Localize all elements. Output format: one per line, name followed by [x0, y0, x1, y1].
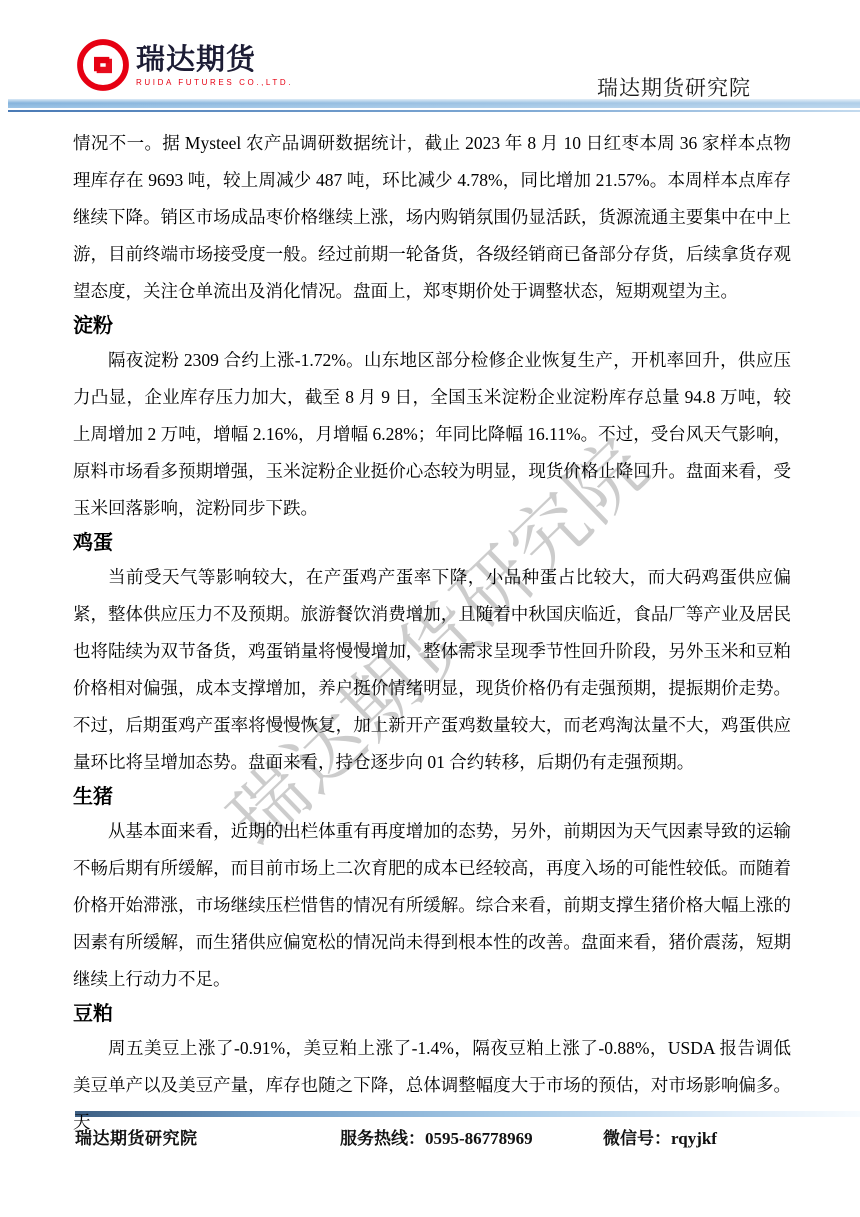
section-body-hogs: 从基本面来看，近期的出栏体重有再度增加的态势，另外，前期因为天气因素导致的运输不… — [73, 813, 791, 998]
logo-text: 瑞达期货 RUIDA FUTURES CO.,LTD. — [136, 44, 293, 87]
company-logo: 瑞达期货 RUIDA FUTURES CO.,LTD. — [76, 38, 293, 92]
research-institute-title: 瑞达期货研究院 — [597, 72, 751, 102]
section-heading-starch: 淀粉 — [73, 310, 791, 342]
header-accent-line — [8, 110, 860, 112]
section-body-starch: 隔夜淀粉 2309 合约上涨-1.72%。山东地区部分检修企业恢复生产，开机率回… — [73, 342, 791, 527]
section-heading-eggs: 鸡蛋 — [73, 527, 791, 559]
section-body-eggs: 当前受天气等影响较大，在产蛋鸡产蛋率下降，小品种蛋占比较大，而大码鸡蛋供应偏紧，… — [73, 559, 791, 781]
section-body-soybean-meal: 周五美豆上涨了-0.91%，美豆粕上涨了-1.4%，隔夜豆粕上涨了-0.88%，… — [73, 1030, 791, 1141]
report-body: 情况不一。据 Mysteel 农产品调研数据统计，截止 2023 年 8 月 1… — [73, 125, 791, 1141]
section-heading-soybean-meal: 豆粕 — [73, 998, 791, 1030]
logo-company-name: 瑞达期货 — [136, 44, 293, 76]
header-gradient-rule — [8, 99, 860, 108]
section-heading-hogs: 生猪 — [73, 781, 791, 813]
logo-company-name-en: RUIDA FUTURES CO.,LTD. — [136, 78, 293, 87]
intro-paragraph: 情况不一。据 Mysteel 农产品调研数据统计，截止 2023 年 8 月 1… — [73, 125, 791, 310]
report-page: 瑞达期货 RUIDA FUTURES CO.,LTD. 瑞达期货研究院 瑞达期货… — [0, 0, 860, 1217]
ruida-logo-icon — [76, 38, 130, 92]
